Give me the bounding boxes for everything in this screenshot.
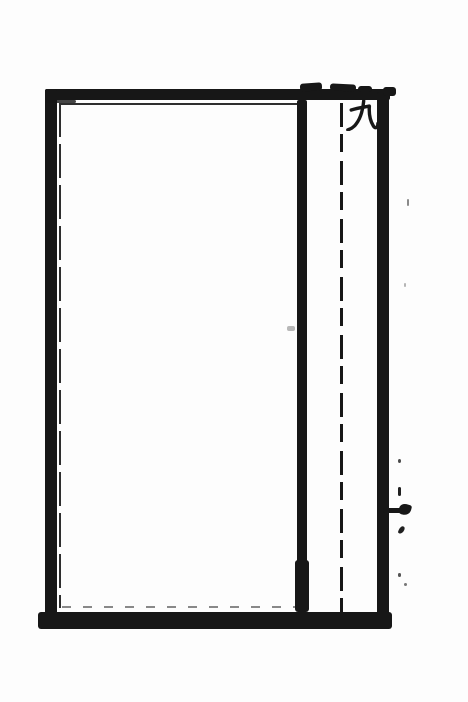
- ink-speck: [407, 199, 409, 206]
- ink-speck: [398, 459, 401, 463]
- inner-rule-left: [59, 103, 61, 608]
- ink-speck: [404, 583, 407, 586]
- folio-label-text: 九: [345, 131, 346, 132]
- inner-rule-top: [61, 103, 305, 105]
- frame-rough-edge: [330, 83, 356, 91]
- column-divider-rule: [295, 560, 309, 612]
- text-block-area: [62, 105, 297, 606]
- frame-rough-edge: [358, 86, 372, 92]
- ink-speck: [398, 487, 401, 496]
- folio-character-nine: 九: [345, 97, 379, 131]
- ink-hook-mark: [398, 503, 412, 517]
- frame-bottom-border: [38, 612, 392, 629]
- frame-left-border: [45, 89, 57, 622]
- frame-rough-edge: [300, 82, 323, 92]
- frame-right-border: [377, 92, 389, 628]
- page-scan: 九: [0, 0, 468, 702]
- ink-speck: [287, 326, 295, 331]
- ink-speck: [404, 283, 406, 287]
- inner-rule-bottom: [62, 606, 298, 608]
- frame-rough-edge: [383, 87, 396, 96]
- column-divider-rule: [297, 100, 307, 612]
- ink-speck: [398, 525, 406, 534]
- ink-speck: [398, 573, 401, 577]
- fold-dashed-line: [340, 103, 343, 618]
